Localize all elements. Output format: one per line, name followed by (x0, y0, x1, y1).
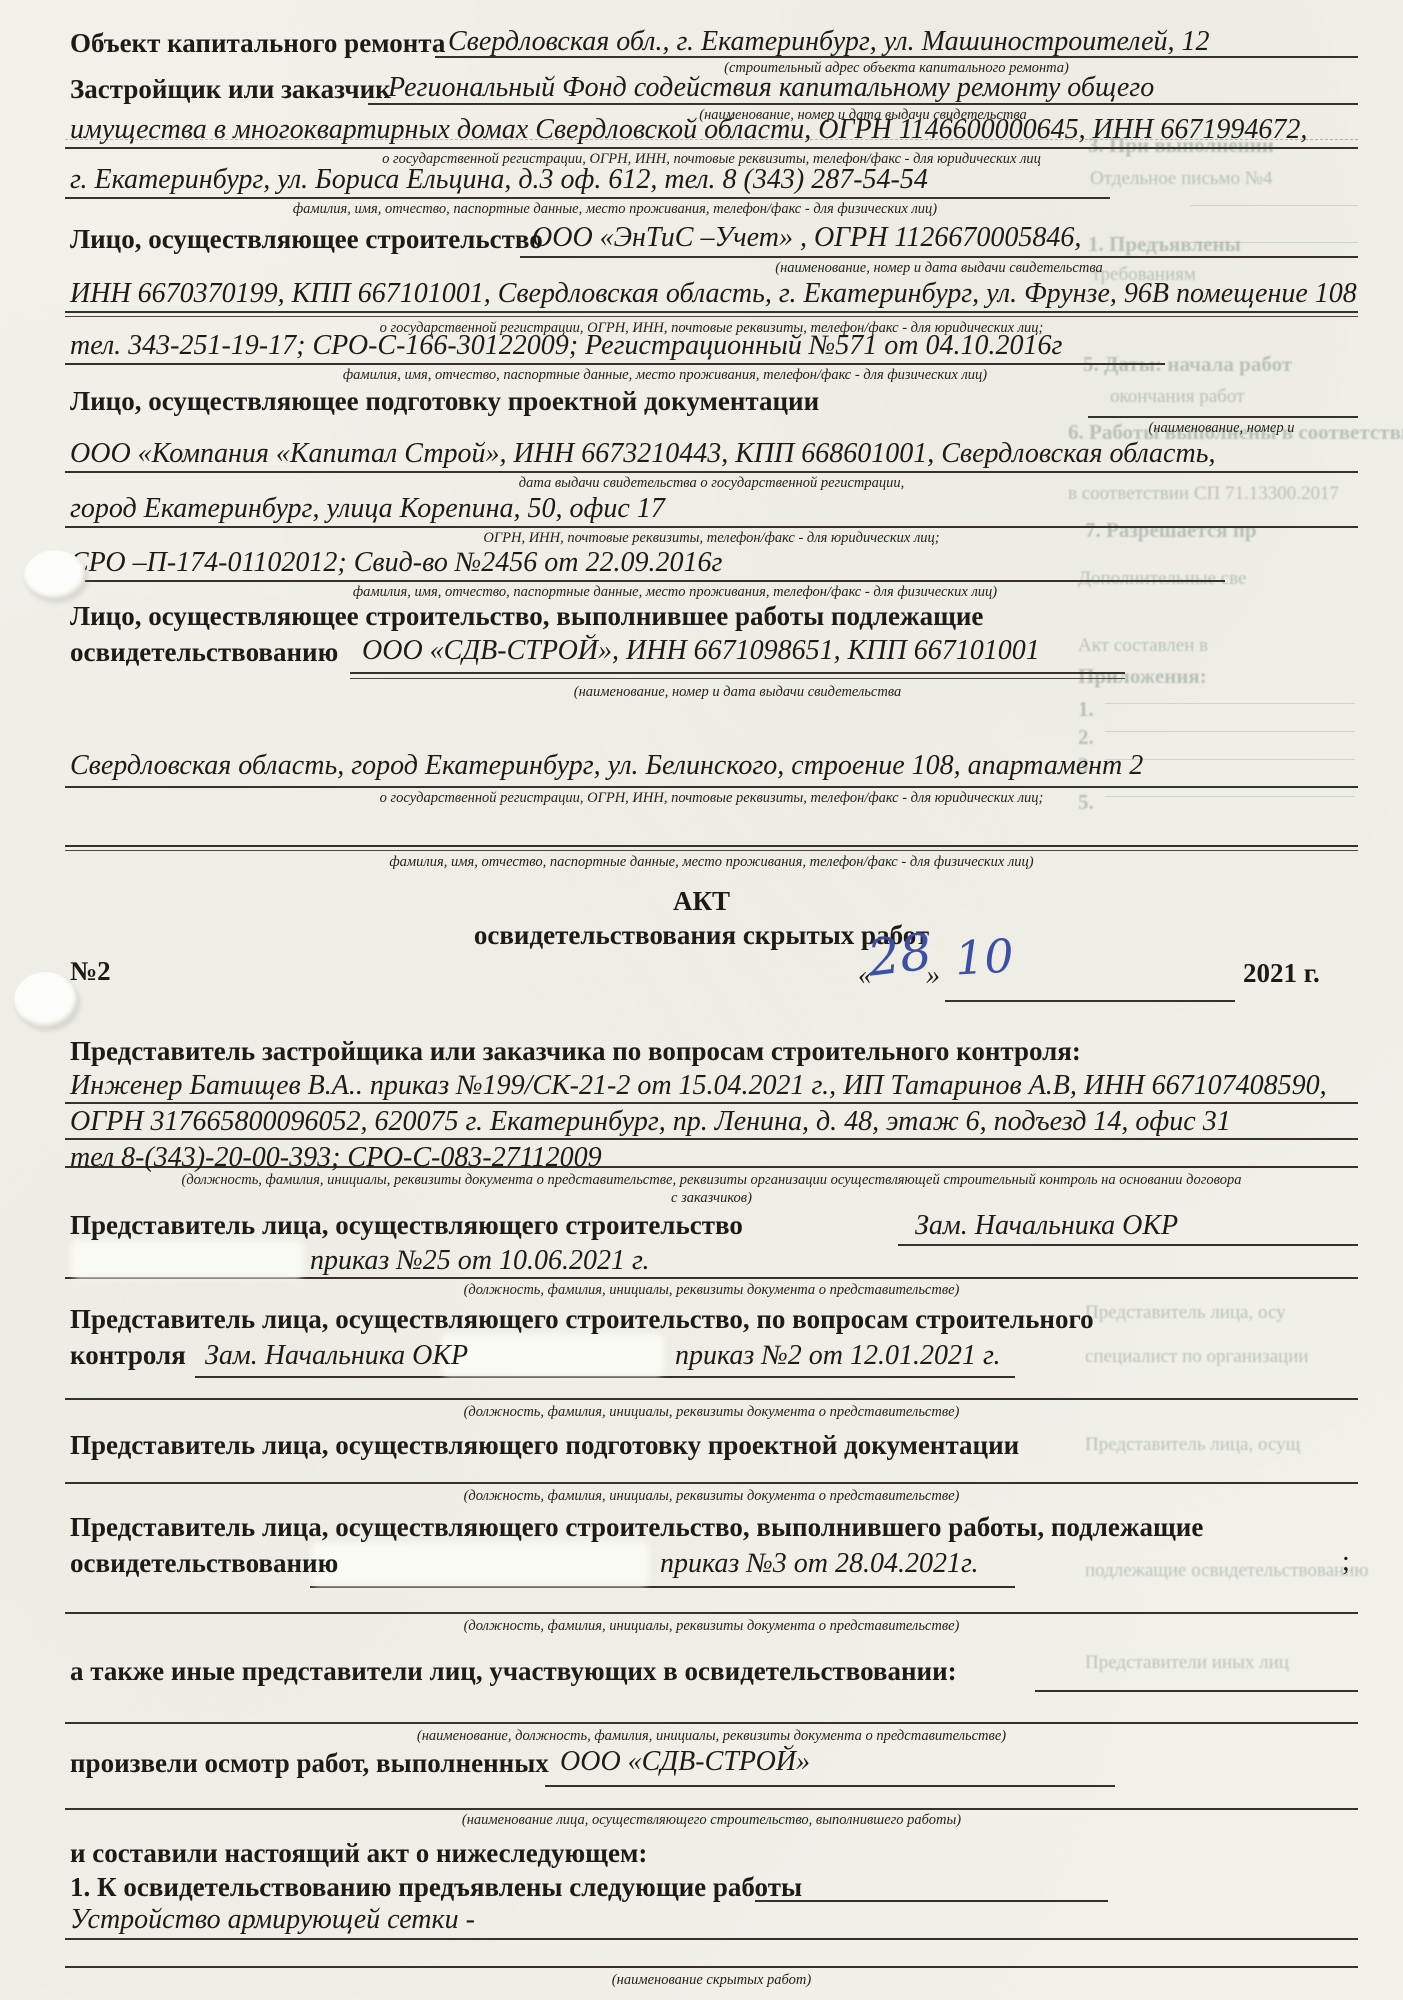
handwritten-day: 28 (865, 922, 935, 987)
builder-caption3: фамилия, имя, отчество, паспортные данны… (65, 367, 1265, 384)
bleedthrough-text: Отдельное письмо №4 (1090, 168, 1272, 190)
form-rule (65, 1482, 1358, 1484)
form-rule (65, 1808, 1358, 1810)
executor-caption1: (наименование, номер и дата выдачи свиде… (350, 684, 1125, 701)
form-rule (65, 471, 1358, 473)
performed-value: ООО «СДВ-СТРОЙ» (560, 1746, 810, 1778)
rep2-value: Зам. Начальника ОКР (915, 1210, 1178, 1242)
customer-line2: имущества в многоквартирных домах Свердл… (70, 114, 1307, 146)
act-year: 2021 г. (1243, 958, 1320, 989)
form-rule (65, 316, 1358, 317)
object-label: Объект капитального ремонта (70, 28, 445, 59)
bleedthrough-text: окончания работ (1110, 386, 1244, 408)
form-rule (65, 845, 1358, 847)
form-rule (350, 672, 1125, 674)
form-rule (65, 311, 1358, 313)
builder-line2: ИНН 6670370199, КПП 667101001, Свердловс… (70, 278, 1357, 310)
rep1-line1: Инженер Батищев В.А.. приказ №199/СК-21-… (70, 1070, 1327, 1102)
whiteout-patch (315, 1546, 645, 1582)
rep6-label: а также иные представители лиц, участвую… (70, 1656, 957, 1687)
executor-caption3: фамилия, имя, отчество, паспортные данны… (65, 854, 1358, 871)
designer-line1: ООО «Компания «Капитал Строй», ИНН 66732… (70, 438, 1215, 470)
bleedthrough-text: 2. (1078, 725, 1094, 750)
form-rule (65, 526, 1358, 528)
rep6-caption: (наименование, должность, фамилия, иници… (65, 1728, 1358, 1745)
form-rule (65, 580, 1225, 582)
executor-line2: Свердловская область, город Екатеринбург… (70, 750, 1143, 782)
rep3-caption: (должность, фамилия, инициалы, реквизиты… (65, 1404, 1358, 1421)
form-rule (65, 1612, 1358, 1614)
bleedthrough-rule (1105, 703, 1355, 704)
rep5-label-line2: освидетельствованию (70, 1548, 338, 1579)
form-rule (65, 1277, 1358, 1279)
rep3-label-line2: контроля (70, 1340, 186, 1371)
form-rule (520, 256, 1358, 258)
bleedthrough-rule (1190, 242, 1358, 243)
form-rule (1088, 416, 1358, 418)
form-rule (65, 1938, 1358, 1940)
bleedthrough-text: специалист по организации (1085, 1346, 1309, 1368)
punch-hole-top (24, 550, 86, 600)
form-rule (65, 850, 1358, 851)
customer-value: Региональный Фонд содействия капитальном… (388, 72, 1154, 104)
builder-value: ООО «ЭнТиС –Учет» , ОГРН 1126670005846, (532, 222, 1081, 254)
bleedthrough-rule (1105, 731, 1355, 732)
builder-label: Лицо, осуществляющее строительство (70, 224, 543, 255)
rep2-order: приказ №25 от 10.06.2021 г. (310, 1245, 650, 1277)
bleedthrough-text: подлежащие освидетельствованию (1085, 1560, 1369, 1582)
bleedthrough-text: Представители иных лиц (1085, 1652, 1289, 1674)
rep1-label: Представитель застройщика или заказчика … (70, 1036, 1081, 1067)
rep1-caption1: (должность, фамилия, инициалы, реквизиты… (65, 1172, 1358, 1189)
rep3-label-line1: Представитель лица, осуществляющего стро… (70, 1304, 1094, 1335)
handwritten-month: 10 (954, 929, 1015, 986)
designer-caption4: фамилия, имя, отчество, паспортные данны… (65, 584, 1285, 601)
rep3-value: Зам. Начальника ОКР (205, 1340, 468, 1372)
executor-label-line2: освидетельствованию (70, 637, 338, 668)
form-rule (898, 1244, 1358, 1246)
rep5-suffix: ; (1342, 1546, 1350, 1578)
performed-label: произвели осмотр работ, выполненных (70, 1748, 549, 1779)
designer-caption1: (наименование, номер и (1085, 420, 1358, 437)
designer-line3: СРО –П-174-01102012; Свид-во №2456 от 22… (70, 547, 722, 579)
rep1-line3: тел 8-(343)-20-00-393; СРО-С-083-2711200… (70, 1142, 602, 1174)
form-rule (350, 678, 1125, 679)
act-number: №2 (70, 956, 111, 987)
rep5-order: приказ №3 от 28.04.2021г. (660, 1548, 979, 1580)
form-rule (65, 147, 1358, 149)
bleedthrough-text: Акт составлен в (1078, 635, 1208, 657)
rep3-order: приказ №2 от 12.01.2021 г. (675, 1340, 1001, 1372)
whiteout-patch (445, 1338, 660, 1372)
rep4-caption: (должность, фамилия, инициалы, реквизиты… (65, 1488, 1358, 1505)
bleedthrough-rule (1190, 205, 1358, 206)
item1-caption: (наименование скрытых работ) (65, 1972, 1358, 1989)
bleedthrough-text: Представитель лица, осущ (1085, 1434, 1300, 1456)
form-rule (65, 1966, 1358, 1968)
form-rule (65, 786, 1358, 788)
object-value: Свердловская обл., г. Екатеринбург, ул. … (448, 26, 1210, 58)
form-rule (65, 1138, 1358, 1140)
punch-hole-bottom (14, 972, 78, 1028)
item1-label: 1. К освидетельствованию предъявлены сле… (70, 1872, 802, 1903)
item1-value: Устройство армирующей сетки - (70, 1904, 475, 1936)
form-rule (65, 363, 1165, 365)
scanned-act-document: 3. При выполнении Отдельное письмо №4 1.… (0, 0, 1403, 2000)
rep2-label: Представитель лица, осуществляющего стро… (70, 1210, 743, 1241)
builder-caption1: (наименование, номер и дата выдачи свиде… (520, 260, 1358, 277)
designer-caption3: ОГРН, ИНН, почтовые реквизиты, телефон/ф… (65, 530, 1358, 547)
form-rule (310, 1586, 1015, 1588)
rep4-label: Представитель лица, осуществляющего подг… (70, 1430, 1019, 1461)
performed-caption: (наименование лица, осуществляющего стро… (65, 1812, 1358, 1829)
builder-line3: тел. 343-251-19-17; СРО-С-166-30122009; … (70, 330, 1062, 362)
form-rule (65, 1102, 1358, 1104)
form-rule (65, 1722, 1358, 1724)
bleedthrough-text: 1. Предъявлены (1088, 232, 1241, 257)
executor-caption2: о государственной регистрации, ОГРН, ИНН… (65, 790, 1358, 807)
date-rule (945, 1000, 1235, 1002)
form-rule (1035, 1690, 1358, 1692)
form-rule (65, 1398, 1358, 1400)
designer-label: Лицо, осуществляющее подготовку проектно… (70, 386, 819, 417)
rep1-line2: ОГРН 317665800096052, 620075 г. Екатерин… (70, 1106, 1231, 1138)
designer-caption2: дата выдачи свидетельства о государствен… (65, 475, 1358, 492)
rep1-caption2: с заказчиков) (65, 1190, 1358, 1207)
rep2-caption: (должность, фамилия, инициалы, реквизиты… (65, 1282, 1358, 1299)
bleedthrough-text: Представитель лица, осу (1085, 1302, 1286, 1324)
form-rule (755, 1900, 1108, 1902)
customer-caption3: фамилия, имя, отчество, паспортные данны… (65, 201, 1165, 218)
form-rule (545, 1785, 1115, 1787)
form-rule (65, 197, 1110, 199)
customer-label: Застройщик или заказчик (70, 74, 391, 105)
customer-line3: г. Екатеринбург, ул. Бориса Ельцина, д.3… (70, 164, 928, 196)
form-rule (195, 1376, 1015, 1378)
act-title: АКТ (0, 886, 1403, 917)
designer-line2: город Екатеринбург, улица Корепина, 50, … (70, 493, 665, 525)
rep5-caption: (должность, фамилия, инициалы, реквизиты… (65, 1618, 1358, 1635)
whiteout-patch (75, 1244, 300, 1274)
composed-label: и составили настоящий акт о нижеследующе… (70, 1838, 647, 1869)
executor-value: ООО «СДВ-СТРОЙ», ИНН 6671098651, КПП 667… (362, 635, 1040, 667)
rep5-label-line1: Представитель лица, осуществляющего стро… (70, 1512, 1203, 1543)
executor-label-line1: Лицо, осуществляющее строительство, выпо… (70, 601, 983, 632)
act-subtitle: освидетельствования скрытых работ (0, 920, 1403, 951)
